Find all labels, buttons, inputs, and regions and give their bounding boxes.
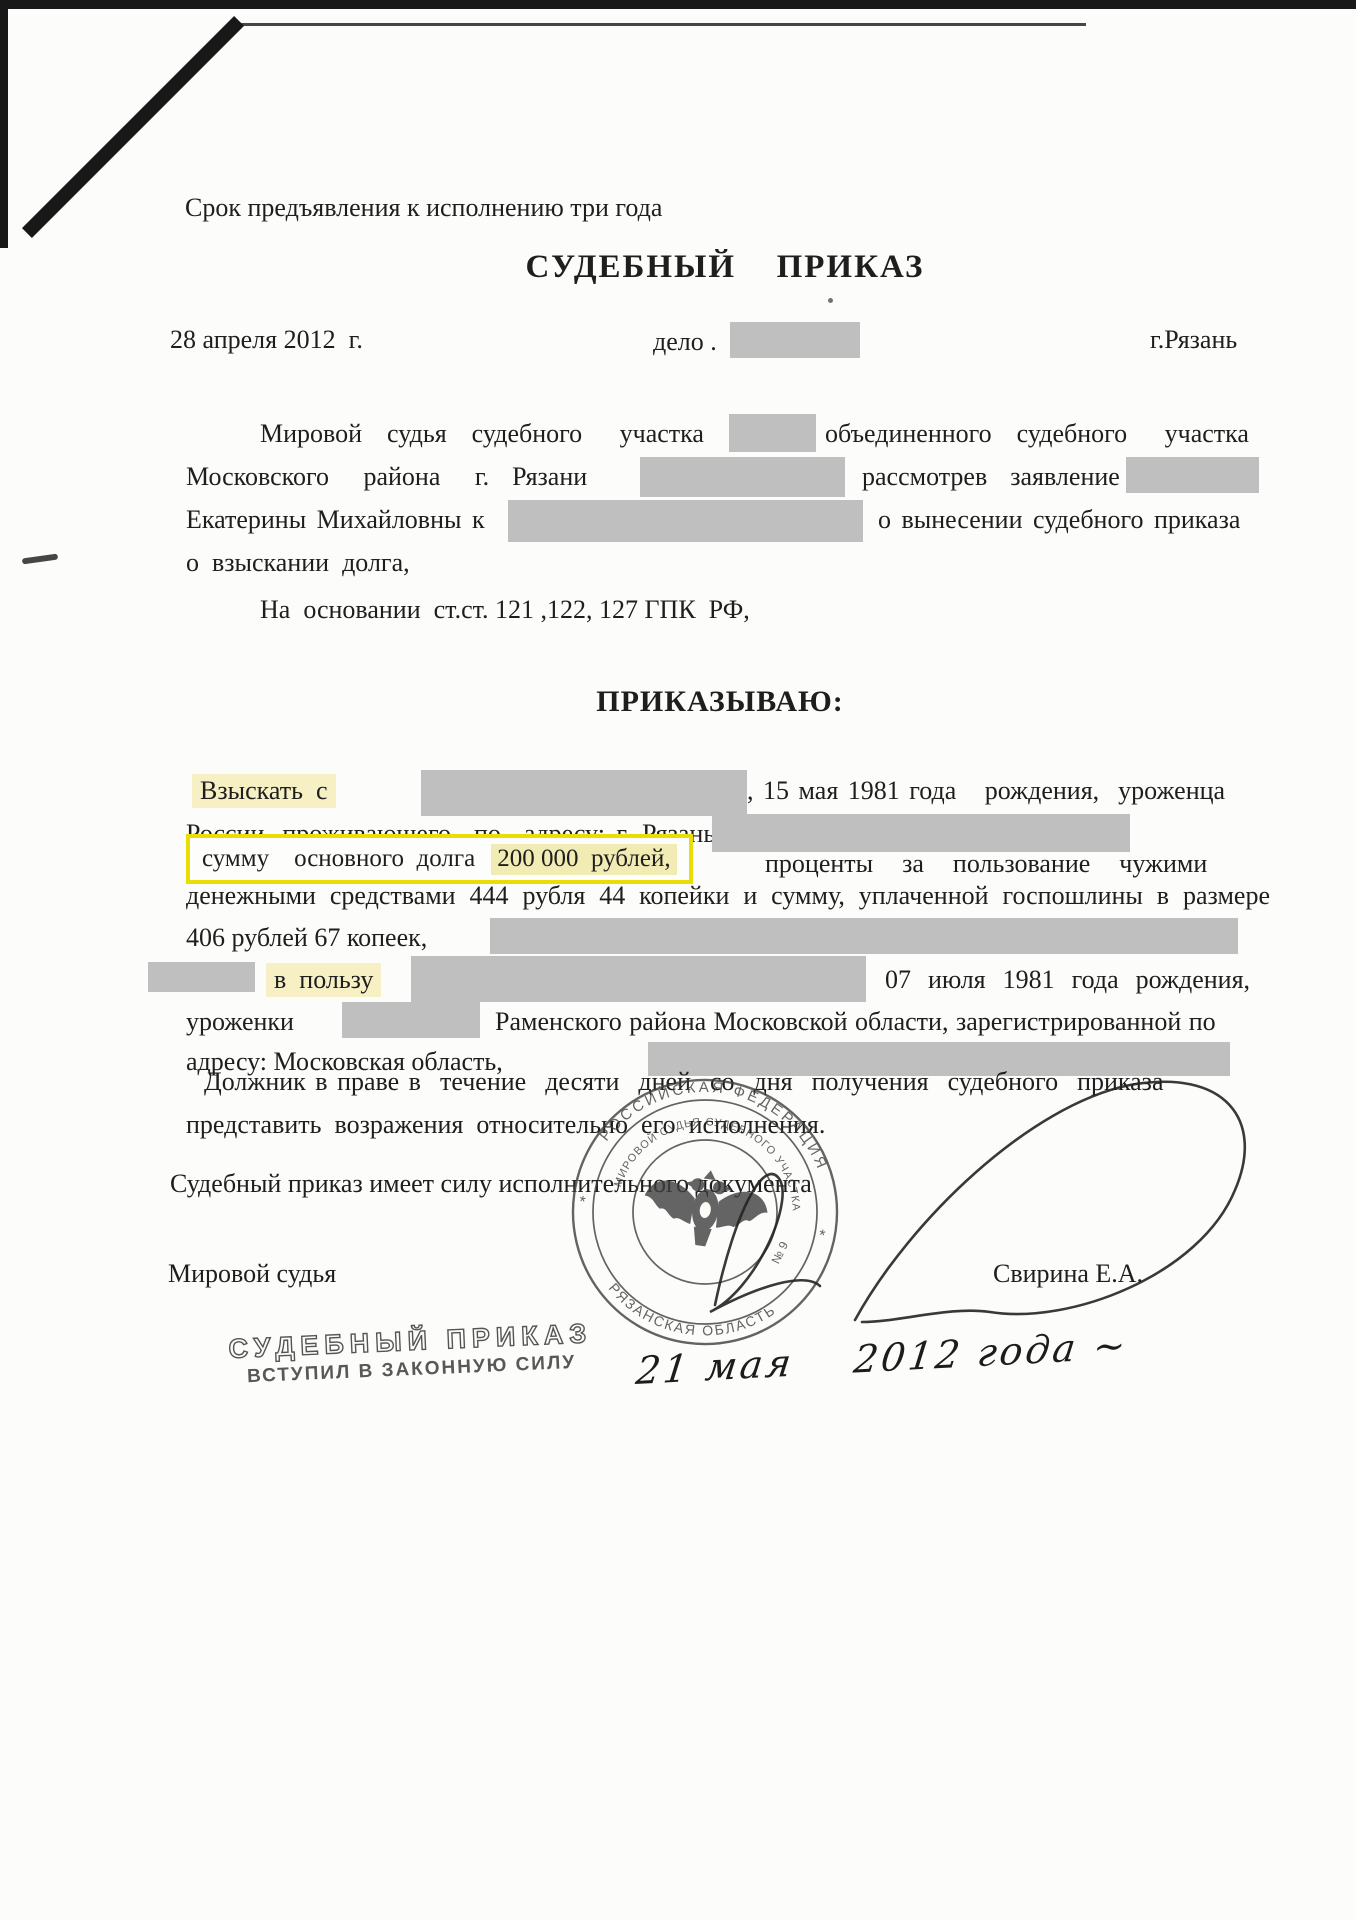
order-heading: ПРИКАЗЫВАЮ: [390, 684, 1050, 720]
redaction-line6-lead [148, 962, 255, 992]
intro-line3-b: о вынесении судебного приказа [878, 504, 1240, 535]
highlight-box-principal-debt: сумму основного долга 200 000 рублей, [186, 834, 693, 884]
order-date: 28 апреля 2012 г. [170, 324, 363, 355]
redaction-claimant-fullname [411, 956, 866, 1002]
order-line7-district: Раменского района Московской области, за… [495, 1006, 1216, 1037]
scanned-court-order-page: Срок предъявления к исполнению три года … [0, 0, 1356, 1920]
scan-dot [828, 298, 833, 303]
redaction-debtor-name [508, 500, 863, 542]
case-label: дело . [653, 326, 717, 357]
entered-into-force-stamp: СУДЕБНЫЙ ПРИКАЗ ВСТУПИЛ В ЗАКОННУЮ СИЛУ [228, 1318, 594, 1389]
order-line3-interest: проценты за пользование чужими [765, 848, 1207, 879]
redaction-line5 [490, 918, 1238, 954]
judge-signature [600, 1050, 1300, 1380]
scan-edge-left [0, 0, 8, 248]
redaction-debtor-fullname [421, 770, 747, 816]
city: г.Рязань [1150, 324, 1237, 355]
highlight-recover-from: Взыскать с [192, 774, 336, 808]
intro-line4: о взыскании долга, [186, 547, 410, 578]
scan-line-top [238, 23, 1086, 26]
intro-line3-a: Екатерины Михайловны к [186, 504, 485, 535]
redaction-debtor-address [712, 814, 1130, 852]
scan-mark-left [22, 554, 58, 565]
legal-basis: На основании ст.ст. 121 ,122, 127 ГПК РФ… [260, 594, 750, 625]
order-line1-birth: , 15 мая 1981 года рождения, уроженца [747, 775, 1225, 806]
order-line6-birth: 07 июля 1981 года рождения, [885, 964, 1250, 995]
scan-edge-top [0, 0, 1356, 9]
redaction-claimant-surname [1126, 457, 1259, 493]
redaction-judge-name [640, 457, 845, 497]
redaction-case-number [730, 322, 860, 358]
highlight-in-favor: в пользу [266, 963, 381, 997]
principal-debt-amount: 200 000 рублей, [491, 844, 676, 875]
principal-debt-label: сумму основного долга [202, 845, 475, 873]
intro-line2-a: Московского района г. Рязани [186, 461, 587, 492]
order-line6-infavor: в пользу [266, 964, 381, 995]
seal-star-left: * [578, 1193, 587, 1211]
intro-line2-b: рассмотрев заявление [862, 461, 1120, 492]
order-line7-native: уроженки [186, 1006, 294, 1037]
redaction-birthplace [342, 1002, 480, 1038]
order-line4-fees: денежными средствами 444 рубля 44 копейк… [186, 880, 1270, 911]
intro-line1-a: Мировой судья судебного участка [260, 418, 704, 449]
page-title: СУДЕБНЫЙ ПРИКАЗ [380, 248, 1070, 288]
intro-line1-b: объединенного судебного участка [825, 418, 1249, 449]
term-note: Срок предъявления к исполнению три года [185, 192, 662, 223]
order-line1-recover: Взыскать с [192, 775, 336, 806]
judge-label: Мировой судья [168, 1258, 336, 1289]
order-line5-kopecks: 406 рублей 67 копеек, [186, 922, 427, 953]
redaction-precinct-number [729, 414, 816, 452]
